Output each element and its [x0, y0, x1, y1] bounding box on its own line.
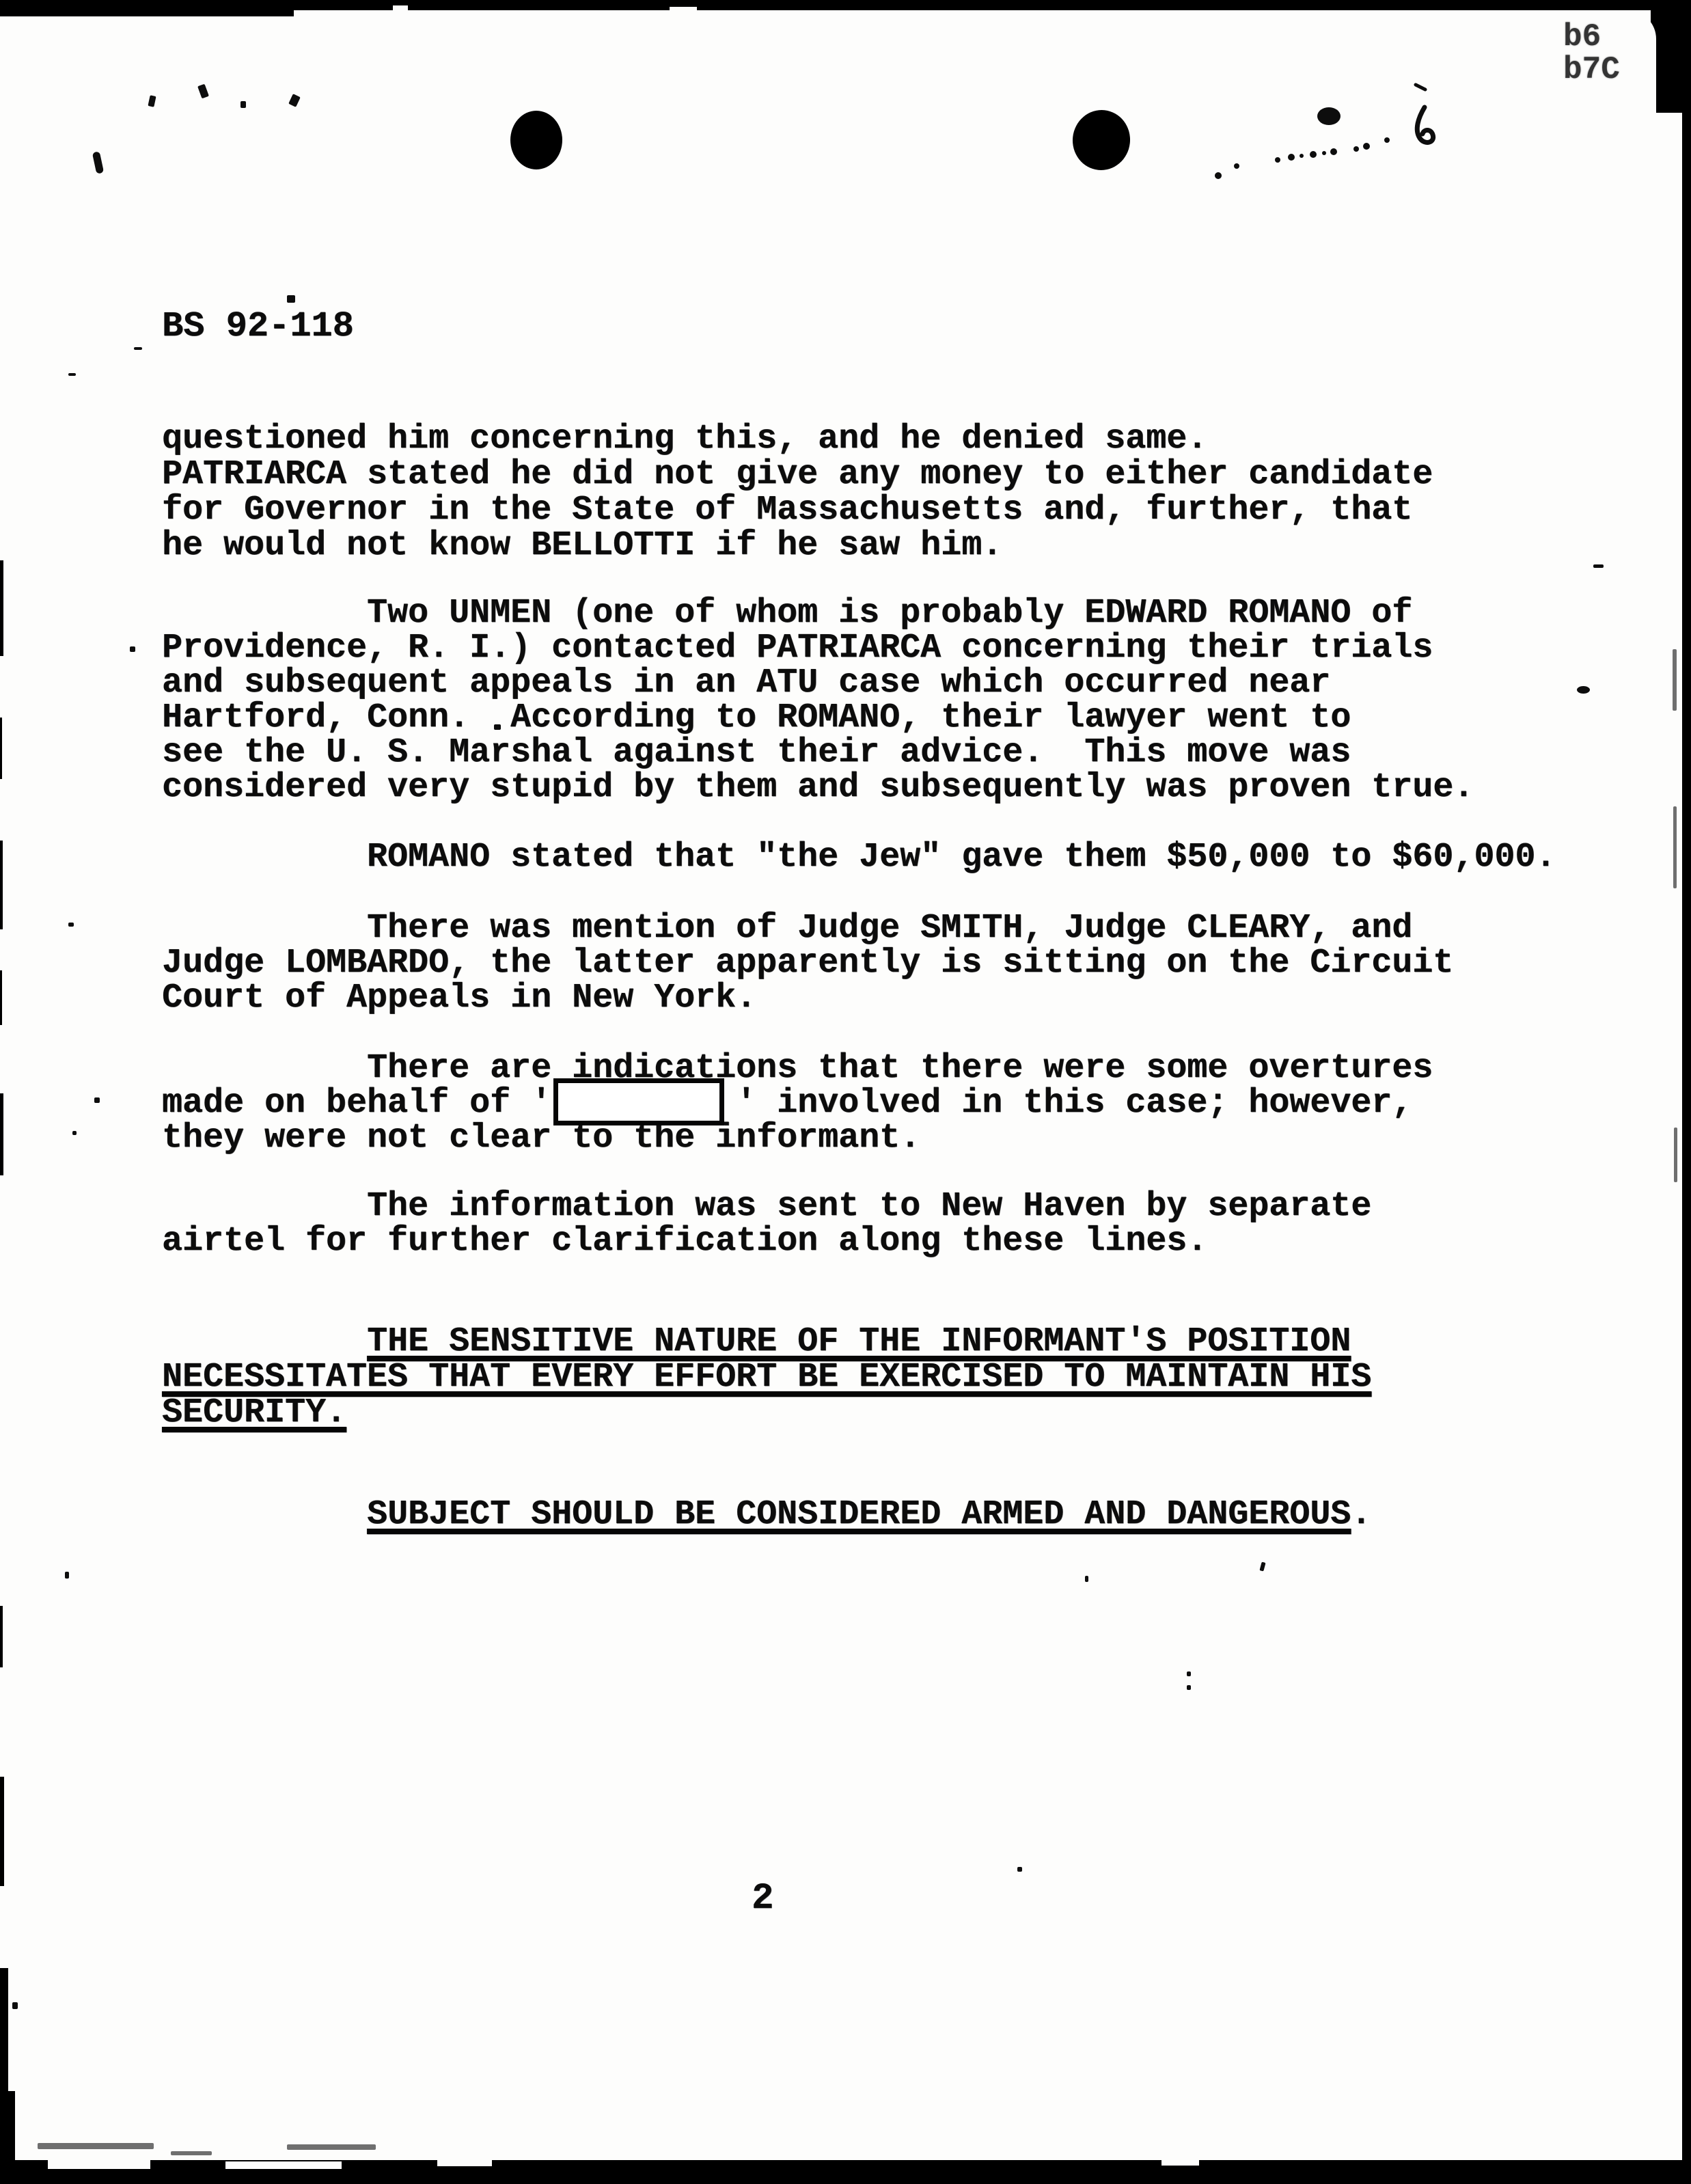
- scan-edge-notch: [48, 2160, 150, 2169]
- text-line: considered very stupid by them and subse…: [162, 770, 1474, 805]
- page-number: 2: [752, 1881, 773, 1916]
- text-line: The information was sent to New Haven by…: [162, 1189, 1371, 1224]
- classification-codes: b6 b7C: [1563, 21, 1620, 86]
- ink-speck: [287, 295, 295, 303]
- ink-speck: [130, 646, 135, 652]
- ink-speck: [1593, 564, 1604, 568]
- scan-fuzz: [1674, 1128, 1677, 1182]
- ink-speck: [12, 2002, 18, 2009]
- ink-speck: [134, 347, 142, 350]
- ink-speck: [68, 373, 76, 376]
- text-line: and subsequent appeals in an ATU case wh…: [162, 666, 1474, 700]
- page-rounded-corner: [1621, 10, 1656, 120]
- armed-dangerous-line: SUBJECT SHOULD BE CONSIDERED ARMED AND D…: [162, 1497, 1371, 1533]
- text-line: Hartford, Conn. According to ROMANO, the…: [162, 700, 1474, 735]
- ink-speck: [197, 84, 209, 99]
- text-line: for Governor in the State of Massachuset…: [162, 493, 1433, 528]
- paragraph-2: Two UNMEN (one of whom is probably EDWAR…: [162, 596, 1474, 805]
- text-line: they were not clear to the informant.: [162, 1121, 1433, 1156]
- ink-speck: [148, 95, 156, 107]
- handwritten-squiggle: [1161, 75, 1448, 191]
- paragraph-3: ROMANO stated that "the Jew" gave them $…: [162, 840, 1556, 875]
- scan-edge-notch: [225, 2161, 342, 2169]
- scan-edge-notch: [393, 5, 408, 12]
- scan-edge-left-sliver: [0, 1606, 3, 1667]
- scan-fuzz: [171, 2151, 212, 2155]
- security-warning-block: THE SENSITIVE NATURE OF THE INFORMANT'S …: [162, 1324, 1371, 1431]
- scanned-document-page: b6 b7C BS 92-118 questioned: [0, 0, 1691, 2184]
- file-number-text: BS 92-118: [162, 306, 354, 346]
- ink-speck: [72, 1131, 77, 1135]
- hole-punch-right: [1070, 107, 1133, 173]
- hole-punch-left: [510, 111, 562, 169]
- scan-edge-left-bottom: [0, 2091, 15, 2184]
- scan-edge-left-sliver: [0, 841, 3, 929]
- text-line: Judge LOMBARDO, the latter apparently is…: [162, 946, 1453, 981]
- scan-edge-left-sliver: [0, 718, 2, 779]
- text-line: Two UNMEN (one of whom is probably EDWAR…: [162, 596, 1474, 631]
- security-warning-line: THE SENSITIVE NATURE OF THE INFORMANT'S …: [162, 1324, 1371, 1360]
- scan-edge-notch: [1161, 2160, 1199, 2166]
- scan-edge-left-sliver: [0, 1093, 3, 1175]
- ink-speck: [1577, 686, 1590, 694]
- ink-speck: [92, 151, 104, 174]
- ink-speck: [65, 1572, 69, 1579]
- ink-speck: [1187, 1685, 1191, 1690]
- text-line: airtel for further clarification along t…: [162, 1224, 1371, 1259]
- scan-edge-right: [1682, 0, 1691, 2184]
- scan-edge-left-sliver: [0, 560, 3, 656]
- text-line: Court of Appeals in New York.: [162, 981, 1453, 1015]
- paragraph-1: questioned him concerning this, and he d…: [162, 422, 1433, 564]
- security-warning-line: NECESSITATES THAT EVERY EFFORT BE EXERCI…: [162, 1360, 1371, 1395]
- scan-fuzz: [1673, 806, 1677, 888]
- classification-code-b7c: b7C: [1563, 53, 1620, 86]
- ink-speck: [1259, 1561, 1265, 1571]
- paragraph-6: The information was sent to New Haven by…: [162, 1189, 1371, 1259]
- text-line: made on behalf of ' ' involved in this c…: [162, 1086, 1433, 1121]
- text-line: There was mention of Judge SMITH, Judge …: [162, 911, 1453, 946]
- ink-speck: [288, 94, 301, 107]
- scan-edge-left-sliver: [0, 970, 2, 1025]
- text-line: questioned him concerning this, and he d…: [162, 422, 1433, 457]
- scan-fuzz: [1673, 649, 1677, 711]
- ink-speck: [1017, 1867, 1022, 1872]
- text-line: PATRIARCA stated he did not give any mon…: [162, 457, 1433, 493]
- scan-edge-notch: [670, 7, 697, 12]
- paragraph-4: There was mention of Judge SMITH, Judge …: [162, 911, 1453, 1015]
- scan-edge-top-smear: [0, 0, 294, 16]
- paragraph-5: There are indications that there were so…: [162, 1051, 1433, 1156]
- ink-speck: [1085, 1576, 1088, 1582]
- ink-speck: [240, 101, 246, 108]
- text-line: Providence, R. I.) contacted PATRIARCA c…: [162, 631, 1474, 666]
- text-line: ROMANO stated that "the Jew" gave them $…: [162, 840, 1556, 875]
- scan-edge-left-sliver: [0, 1777, 4, 1886]
- text-line: he would not know BELLOTTI if he saw him…: [162, 528, 1433, 564]
- redaction-box: [553, 1078, 724, 1125]
- classification-code-b6: b6: [1563, 21, 1620, 53]
- scan-corner-top-right: [1651, 0, 1691, 113]
- ink-speck: [94, 1097, 100, 1103]
- file-number: BS 92-118: [162, 309, 354, 344]
- ink-speck: [68, 923, 74, 927]
- scan-fuzz: [287, 2144, 376, 2150]
- ink-speck: [1187, 1671, 1191, 1676]
- scan-fuzz: [38, 2143, 154, 2149]
- scan-edge-notch: [437, 2160, 492, 2166]
- text-line: see the U. S. Marshal against their advi…: [162, 735, 1474, 770]
- text-line: There are indications that there were so…: [162, 1051, 1433, 1086]
- security-warning-line: SECURITY.: [162, 1395, 1371, 1431]
